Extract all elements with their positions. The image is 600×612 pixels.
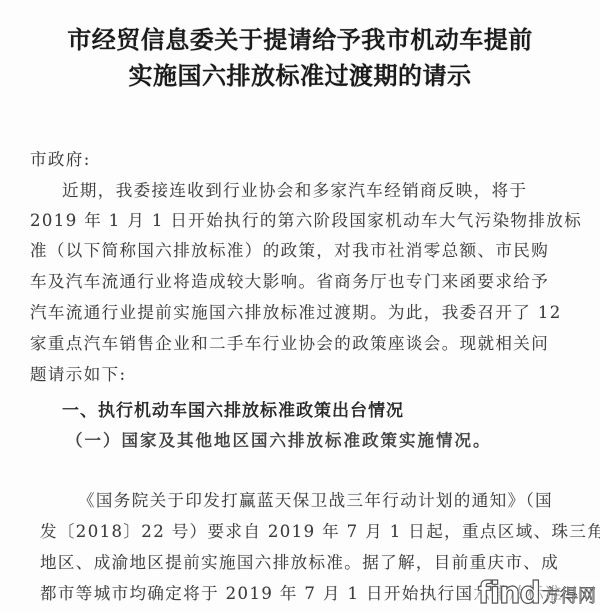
paragraph1-line-2: 2019 年 1 月 1 日开始执行的第六阶段国家机动车大气污染物排放标 — [30, 207, 575, 231]
watermark-site-name: 方得网 — [542, 586, 596, 608]
document-title: 市经贸信息委关于提请给予我市机动车提前 实施国六排放标准过渡期的请示 — [0, 22, 600, 94]
subsection-heading-1: （一）国家及其他地区国六排放标准政策实施情况。 — [66, 427, 492, 451]
paragraph2-line-3: 地区、成渝地区提前实施国六排放标准。据了解，目前重庆市、成 — [40, 549, 585, 573]
document-page: 市经贸信息委关于提请给予我市机动车提前 实施国六排放标准过渡期的请示 市政府: … — [0, 0, 600, 612]
paragraph1-line-5: 汽车流通行业提前实施国六排放标准过渡期。为此，我委召开了 12 — [30, 299, 575, 323]
title-line-2: 实施国六排放标准过渡期的请示 — [0, 58, 600, 94]
site-watermark: find 方得网 — [476, 580, 598, 608]
paragraph1-line-4: 车及汽车流通行业将造成较大影响。省商务厅也专门来函要求给予 — [30, 268, 575, 292]
paragraph1-line-7: 题请示如下: — [30, 361, 575, 385]
salutation: 市政府: — [30, 146, 575, 170]
paragraph1-line-1: 近期，我委接连收到行业协会和多家汽车经销商反映，将于 — [62, 177, 600, 201]
paragraph2-line-2: 发〔2018〕22 号）要求自 2019 年 7 月 1 日起，重点区域、珠三角 — [40, 518, 585, 542]
paragraph1-line-3: 准（以下简称国六排放标准）的政策，对我市社消零总额、市民购 — [30, 237, 575, 261]
paragraph2-line-1: 《国务院关于印发打赢蓝天保卫战三年行动计划的通知》（国 — [78, 487, 600, 511]
watermark-logo: find — [478, 580, 540, 608]
title-line-1: 市经贸信息委关于提请给予我市机动车提前 — [0, 22, 600, 58]
paragraph1-line-6: 家重点汽车销售企业和二手车行业协会的政策座谈会。现就相关问 — [30, 330, 575, 354]
section-heading-1: 一、执行机动车国六排放标准政策出台情况 — [62, 396, 404, 421]
